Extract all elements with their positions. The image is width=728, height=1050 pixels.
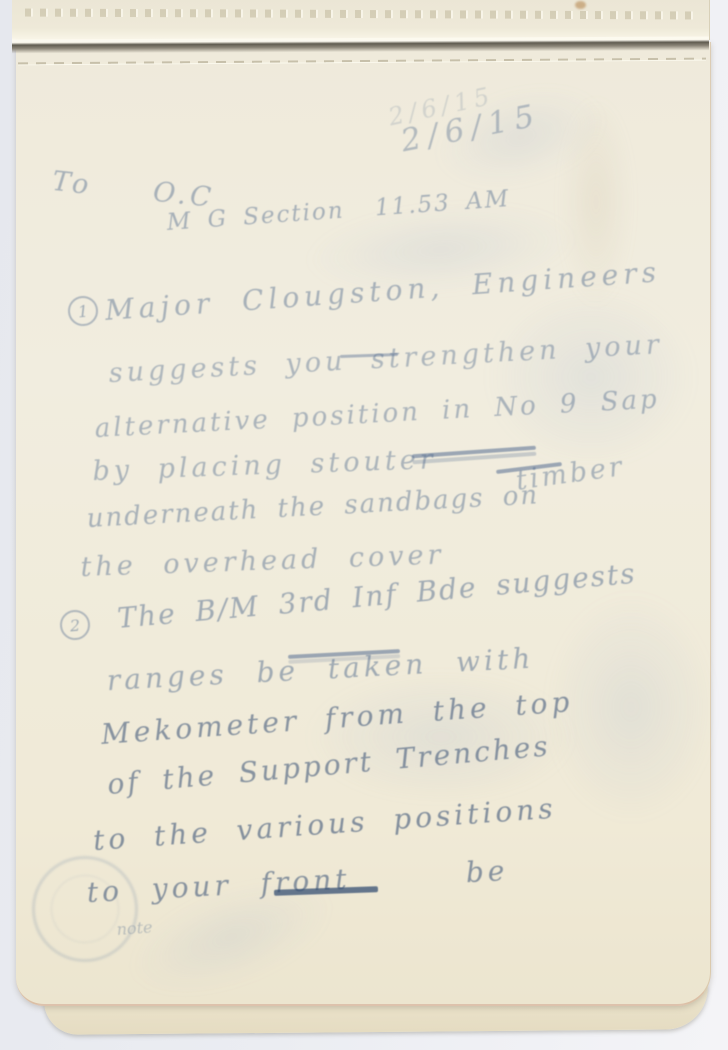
library-stamp [22,846,148,972]
notebook-page: 2/6/15 2/6/15 To O.C M G Section 11.53 A… [16,42,711,1006]
handwriting-line: underneath the sandbags on [86,480,540,534]
ink-ghost-smudge [486,287,696,467]
previous-page-stub [12,0,710,40]
paper-stain [575,1,586,9]
handwriting-line: by placing stouter [92,444,437,487]
photo-background: 2/6/15 2/6/15 To O.C M G Section 11.53 A… [0,0,728,1050]
paragraph-1-marker: 1 [67,295,100,328]
salutation: To O.C [51,166,216,214]
perforation-tear-line [18,58,706,65]
handwriting-line: to the various positions [92,792,558,857]
paragraph-2-marker: 2 [59,609,92,642]
stitch-perforation-line [18,9,699,20]
handwriting-line: the overhead cover [80,539,445,583]
